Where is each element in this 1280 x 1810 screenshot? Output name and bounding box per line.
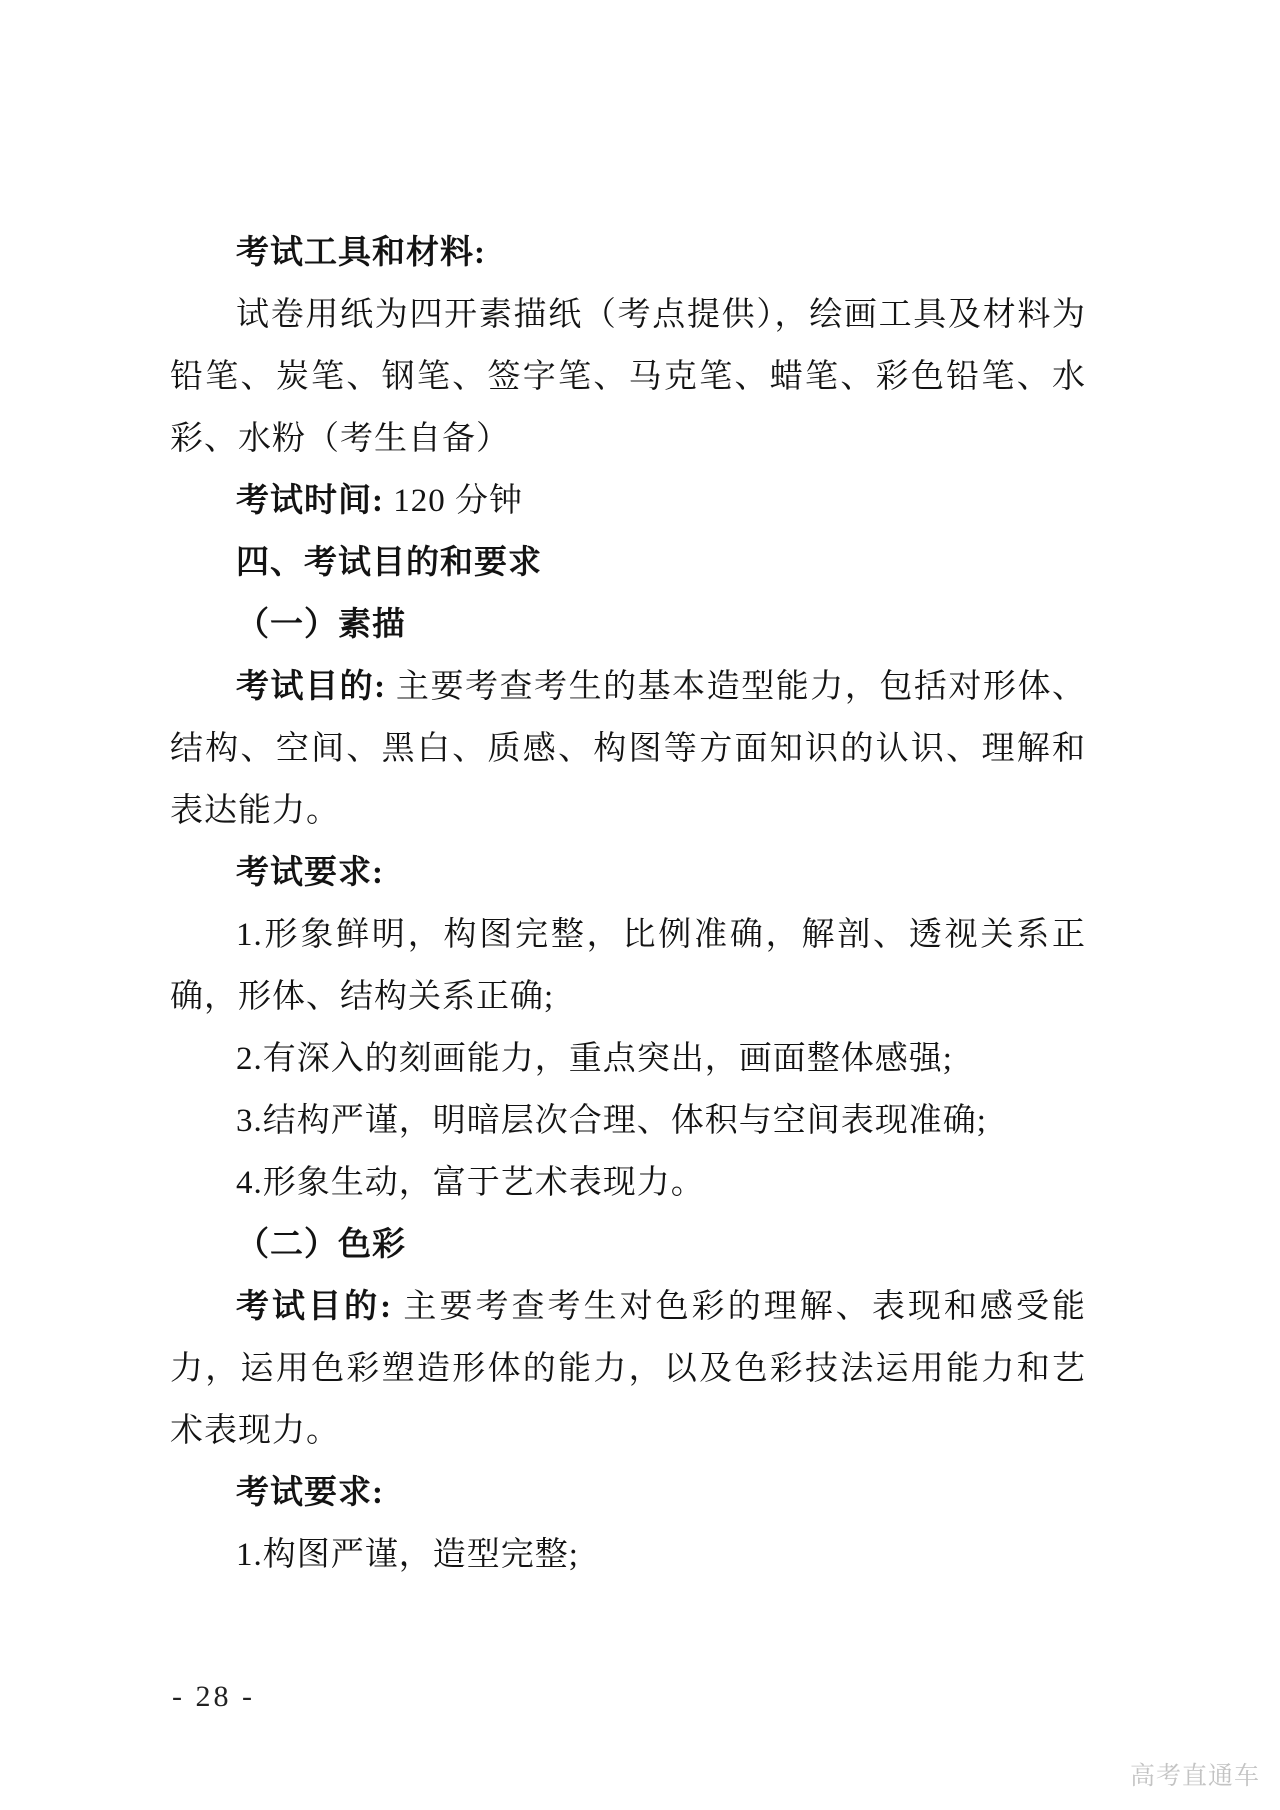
paragraph: 考试目的: 主要考查考生对色彩的理解、表现和感受能力，运用色彩塑造形体的能力，以… [170, 1276, 1086, 1462]
paragraph-label: 考试目的: [236, 669, 386, 705]
paragraph-text: 试卷用纸为四开素描纸（考点提供），绘画工具及材料为铅笔、炭笔、钢笔、签字笔、马克… [170, 297, 1086, 457]
paragraph-label: 考试时间: [236, 483, 384, 519]
paragraph: 4.形象生动，富于艺术表现力。 [170, 1152, 1086, 1214]
paragraph: 3.结构严谨，明暗层次合理、体积与空间表现准确; [170, 1090, 1086, 1152]
document-page: 考试工具和材料:试卷用纸为四开素描纸（考点提供），绘画工具及材料为铅笔、炭笔、钢… [0, 0, 1280, 1810]
paragraph-text: 4.形象生动，富于艺术表现力。 [236, 1165, 705, 1201]
paragraph: 考试时间: 120 分钟 [170, 470, 1086, 532]
paragraph: 1.形象鲜明，构图完整，比例准确，解剖、透视关系正确，形体、结构关系正确; [170, 904, 1086, 1028]
paragraph-text: 2.有深入的刻画能力，重点突出，画面整体感强; [236, 1041, 953, 1077]
page-number: - 28 - [172, 1680, 255, 1714]
paragraph: 考试要求: [170, 1462, 1086, 1524]
paragraph-text: 1.形象鲜明，构图完整，比例准确，解剖、透视关系正确，形体、结构关系正确; [170, 917, 1086, 1015]
paragraph: 1.构图严谨，造型完整; [170, 1524, 1086, 1586]
paragraph-label: 考试目的: [236, 1289, 392, 1325]
paragraph-label: 考试要求: [236, 1475, 384, 1511]
paragraph-text: 120 分钟 [384, 483, 523, 519]
watermark-text: 高考直通车 [1130, 1756, 1260, 1792]
paragraph-label: 考试要求: [236, 855, 384, 891]
paragraph: 考试目的: 主要考查考生的基本造型能力，包括对形体、结构、空间、黑白、质感、构图… [170, 656, 1086, 842]
paragraph: （一）素描 [170, 594, 1086, 656]
paragraph: 2.有深入的刻画能力，重点突出，画面整体感强; [170, 1028, 1086, 1090]
paragraph-label: 四、考试目的和要求 [236, 545, 542, 581]
paragraph-label: （二）色彩 [236, 1227, 406, 1263]
paragraph: （二）色彩 [170, 1214, 1086, 1276]
paragraph: 考试要求: [170, 842, 1086, 904]
paragraph-label: 考试工具和材料: [236, 235, 486, 271]
paragraph: 四、考试目的和要求 [170, 532, 1086, 594]
paragraph-text: 1.构图严谨，造型完整; [236, 1537, 579, 1573]
paragraph: 试卷用纸为四开素描纸（考点提供），绘画工具及材料为铅笔、炭笔、钢笔、签字笔、马克… [170, 284, 1086, 470]
paragraph: 考试工具和材料: [170, 222, 1086, 284]
paragraph-label: （一）素描 [236, 607, 406, 643]
paragraph-text: 3.结构严谨，明暗层次合理、体积与空间表现准确; [236, 1103, 987, 1139]
document-body: 考试工具和材料:试卷用纸为四开素描纸（考点提供），绘画工具及材料为铅笔、炭笔、钢… [170, 222, 1086, 1586]
